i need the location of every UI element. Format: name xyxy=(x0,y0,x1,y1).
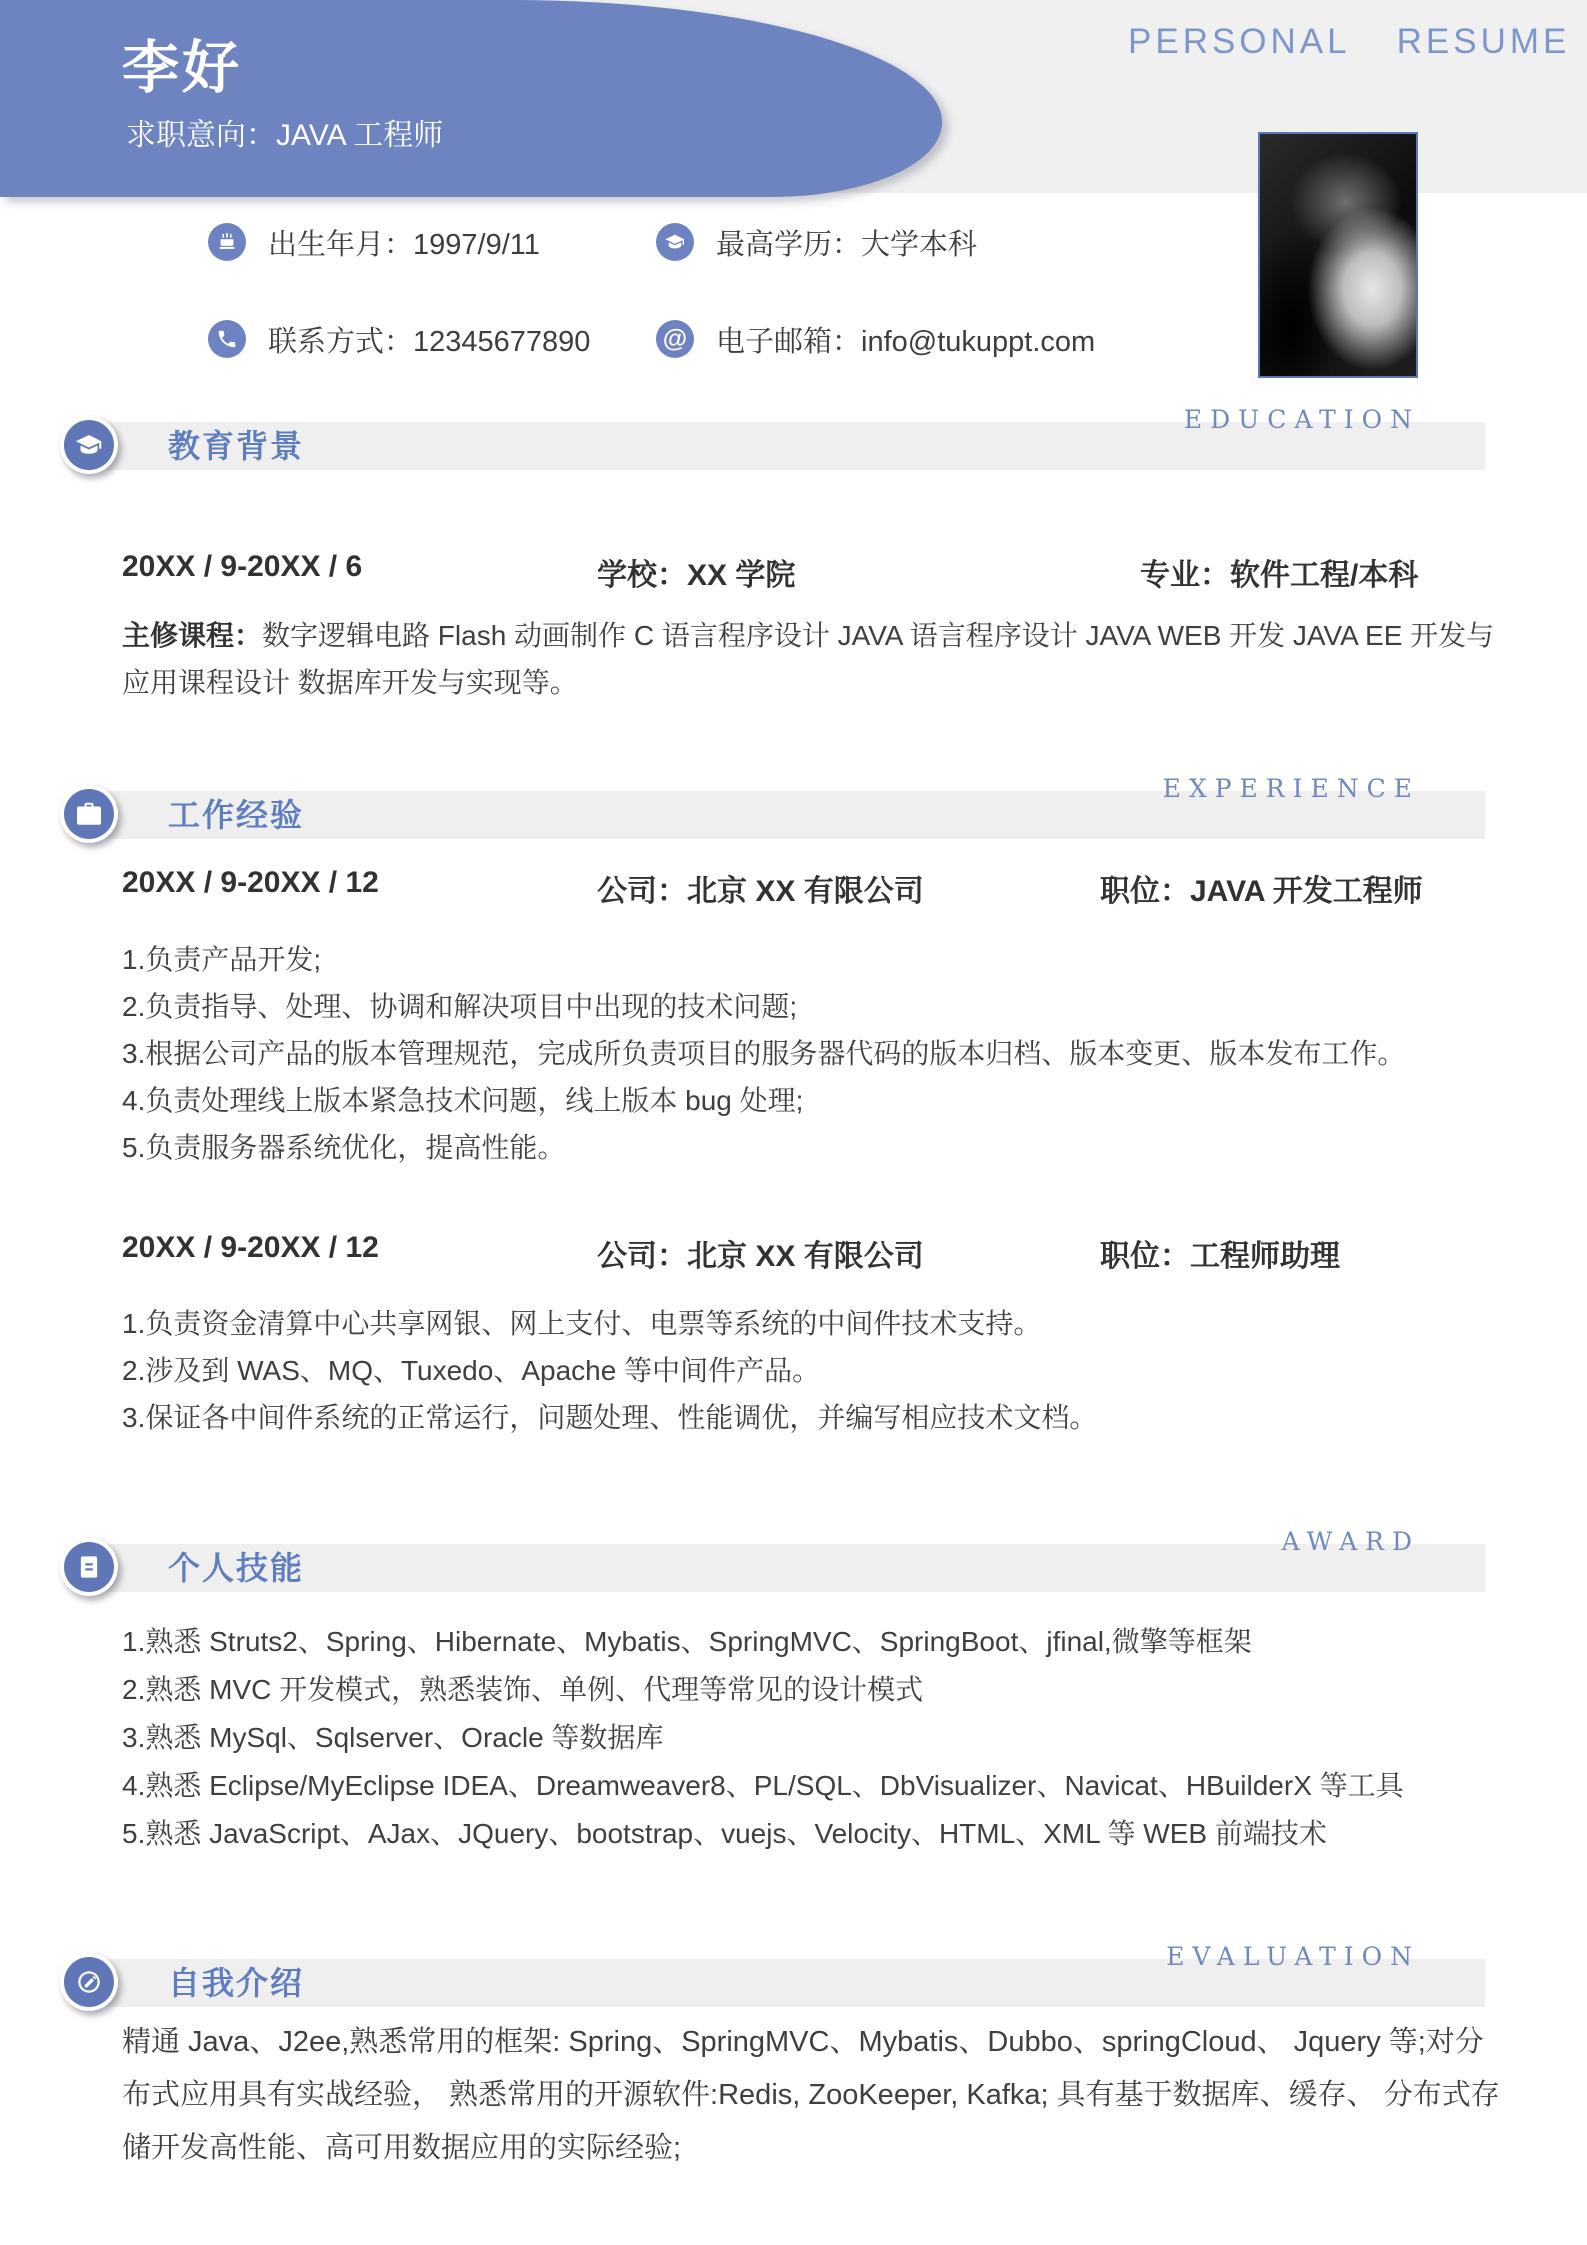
contact-value: 12345677890 xyxy=(413,326,590,358)
at-icon: @ xyxy=(656,320,694,358)
section-experience-header: 工作经验 EXPERIENCE xyxy=(0,791,1587,851)
job1-position: 职位：JAVA 开发工程师 xyxy=(1100,866,1423,910)
section-watermark: EVALUATION xyxy=(1166,1942,1420,1971)
education-school: 学校：XX 学院 xyxy=(597,550,795,594)
job-intention-label: 求职意向： xyxy=(126,119,276,152)
cake-icon xyxy=(208,223,246,261)
contact-item-degree: 最高学历：大学本科 xyxy=(656,221,977,263)
education-courses: 主修课程：数字逻辑电路 Flash 动画制作 C 语言程序设计 JAVA 语言程… xyxy=(122,612,1497,706)
contact-text: 最高学历：大学本科 xyxy=(716,222,977,263)
job2-company: 公司：北京 XX 有限公司 xyxy=(597,1231,924,1275)
contact-value: 大学本科 xyxy=(861,229,977,261)
contact-text: 电子邮箱：info@tukuppt.com xyxy=(716,319,1095,360)
section-watermark: EDUCATION xyxy=(1184,405,1420,434)
briefcase-icon xyxy=(60,785,118,843)
job-intention: 求职意向：JAVA 工程师 xyxy=(126,110,443,154)
education-period: 20XX / 9-20XX / 6 xyxy=(122,550,362,584)
brand-title: PERSONALRESUME xyxy=(1128,22,1570,62)
job1-period: 20XX / 9-20XX / 12 xyxy=(122,866,379,900)
candidate-name: 李好 xyxy=(122,22,242,104)
section-watermark: EXPERIENCE xyxy=(1163,774,1420,803)
section-title: 教育背景 xyxy=(168,422,304,470)
duty-line: 4.负责处理线上版本紧急技术问题，线上版本 bug 处理; xyxy=(122,1077,1507,1124)
duty-line: 3.根据公司产品的版本管理规范，完成所负责项目的服务器代码的版本归档、版本变更、… xyxy=(122,1030,1507,1077)
job1-duties: 1.负责产品开发; 2.负责指导、处理、协调和解决项目中出现的技术问题; 3.根… xyxy=(122,936,1507,1171)
section-title: 工作经验 xyxy=(168,791,304,839)
contact-value: info@tukuppt.com xyxy=(861,326,1095,358)
contact-value: 1997/9/11 xyxy=(413,229,540,261)
brand-word-personal: PERSONAL xyxy=(1128,22,1351,61)
job-intention-value: JAVA 工程师 xyxy=(276,119,443,152)
contact-label: 最高学历： xyxy=(716,229,861,261)
duty-line: 1.负责资金清算中心共享网银、网上支付、电票等系统的中间件技术支持。 xyxy=(122,1300,1507,1347)
courses-text: 数字逻辑电路 Flash 动画制作 C 语言程序设计 JAVA 语言程序设计 J… xyxy=(122,620,1494,698)
contact-label: 电子邮箱： xyxy=(716,326,861,358)
contact-text: 出生年月：1997/9/11 xyxy=(268,222,540,263)
graduation-cap-icon xyxy=(656,223,694,261)
section-skills-header: 个人技能 AWARD xyxy=(0,1544,1587,1604)
section-watermark: AWARD xyxy=(1282,1527,1420,1556)
job2-duties: 1.负责资金清算中心共享网银、网上支付、电票等系统的中间件技术支持。 2.涉及到… xyxy=(122,1300,1507,1441)
section-bar xyxy=(107,1544,1485,1592)
contact-item-phone: 联系方式：12345677890 xyxy=(208,318,590,360)
contact-item-email: @ 电子邮箱：info@tukuppt.com xyxy=(656,318,1095,360)
brand-word-resume: RESUME xyxy=(1397,22,1571,61)
section-title: 个人技能 xyxy=(168,1544,304,1592)
duty-line: 2.涉及到 WAS、MQ、Tuxedo、Apache 等中间件产品。 xyxy=(122,1347,1507,1394)
evaluation-text: 精通 Java、J2ee,熟悉常用的框架: Spring、SpringMVC、M… xyxy=(122,2016,1502,2175)
section-evaluation-header: 自我介绍 EVALUATION xyxy=(0,1959,1587,2019)
section-title: 自我介绍 xyxy=(168,1959,304,2007)
contact-label: 联系方式： xyxy=(268,326,413,358)
skills-list: 1.熟悉 Struts2、Spring、Hibernate、Mybatis、Sp… xyxy=(122,1618,1507,1858)
certificate-icon xyxy=(60,1538,118,1596)
skill-line: 1.熟悉 Struts2、Spring、Hibernate、Mybatis、Sp… xyxy=(122,1618,1507,1666)
resume-page: PERSONALRESUME 李好 求职意向：JAVA 工程师 出生年月：199… xyxy=(0,0,1587,2245)
contact-item-birth: 出生年月：1997/9/11 xyxy=(208,221,540,263)
contact-label: 出生年月： xyxy=(268,229,413,261)
phone-icon xyxy=(208,320,246,358)
skill-line: 3.熟悉 MySql、Sqlserver、Oracle 等数据库 xyxy=(122,1714,1507,1762)
duty-line: 3.保证各中间件系统的正常运行，问题处理、性能调优，并编写相应技术文档。 xyxy=(122,1394,1507,1441)
job1-company: 公司：北京 XX 有限公司 xyxy=(597,866,924,910)
profile-photo xyxy=(1258,132,1418,378)
duty-line: 2.负责指导、处理、协调和解决项目中出现的技术问题; xyxy=(122,983,1507,1030)
duty-line: 5.负责服务器系统优化，提高性能。 xyxy=(122,1124,1507,1171)
graduation-cap-icon xyxy=(60,416,118,474)
duty-line: 1.负责产品开发; xyxy=(122,936,1507,983)
skill-line: 5.熟悉 JavaScript、AJax、JQuery、bootstrap、vu… xyxy=(122,1810,1507,1858)
skill-line: 4.熟悉 Eclipse/MyEclipse IDEA、Dreamweaver8… xyxy=(122,1762,1507,1810)
contact-text: 联系方式：12345677890 xyxy=(268,319,590,360)
pen-icon xyxy=(60,1953,118,2011)
skill-line: 2.熟悉 MVC 开发模式，熟悉装饰、单例、代理等常见的设计模式 xyxy=(122,1666,1507,1714)
courses-label: 主修课程： xyxy=(122,620,262,651)
education-major: 专业：软件工程/本科 xyxy=(1140,550,1418,594)
section-education-header: 教育背景 EDUCATION xyxy=(0,422,1587,482)
job2-period: 20XX / 9-20XX / 12 xyxy=(122,1231,379,1265)
job2-position: 职位：工程师助理 xyxy=(1100,1231,1340,1275)
